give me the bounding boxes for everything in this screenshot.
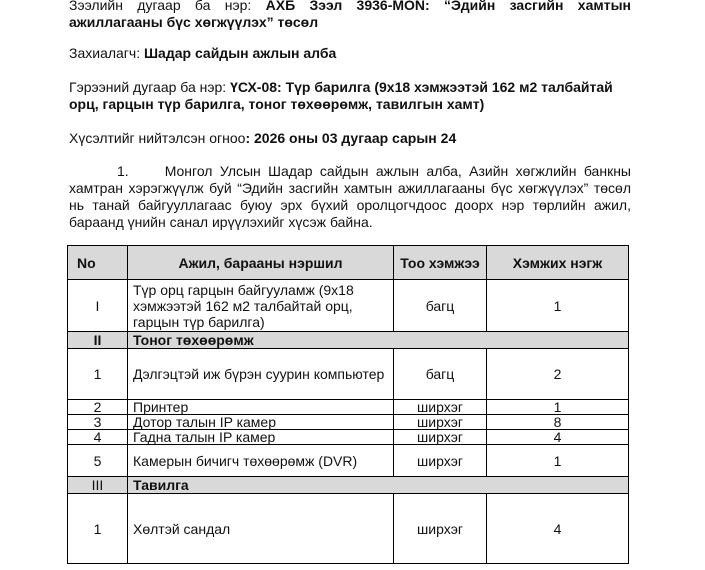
section-row: III Тавилга [68,477,629,494]
loan-info: Зээлийн дугаар ба нэр: АХБ Зээл 3936-MON… [69,0,631,31]
header-qty: Тоо хэмжээ [394,246,487,280]
items-table: No Ажил, барааны нэршил Тоо хэмжээ Хэмжи… [67,245,629,564]
client-label: Захиалагч: [69,45,140,61]
row-qty: ширхэг [394,445,487,477]
row-qty: ширхэг [394,494,487,564]
row-no: 2 [68,400,128,415]
header-name: Ажил, барааны нэршил [128,246,394,280]
table-row: I Түр орц гарцын байгууламж (9х18 хэмжээ… [68,280,629,332]
table-row: 1 Дэлгэцтэй иж бүрэн суурин компьютер ба… [68,349,629,400]
row-name: Принтер [128,400,394,415]
table-row: 1 Хөлтэй сандал ширхэг 4 [68,494,629,564]
table-row: 4 Гадна талын IP камер ширхэг 4 [68,430,629,445]
row-no: 5 [68,445,128,477]
row-qty: багц [394,349,487,400]
contract-label: Гэрээний дугаар ба нэр: [69,79,226,95]
row-name: Түр орц гарцын байгууламж (9х18 хэмжээтэ… [128,280,394,332]
row-name: Дэлгэцтэй иж бүрэн суурин компьютер [128,349,394,400]
issue-date-value: : 2026 оны 03 дугаар сарын 24 [245,130,456,146]
body-paragraph: 1.Монгол Улсын Шадар сайдын ажлын алба, … [69,163,631,231]
table-header-row: No Ажил, барааны нэршил Тоо хэмжээ Хэмжи… [68,246,629,280]
row-unit: 2 [487,349,629,400]
row-no: 3 [68,415,128,430]
row-qty: багц [394,280,487,332]
row-no: 1 [68,494,128,564]
section-title: Тавилга [128,477,629,494]
row-unit: 1 [487,400,629,415]
row-unit: 8 [487,415,629,430]
issue-date-info: Хүсэлтийг нийтэлсэн огноо: 2026 оны 03 д… [69,130,631,147]
section-no: III [68,477,128,494]
issue-date-label: Хүсэлтийг нийтэлсэн огноо [69,130,245,146]
row-no: 4 [68,430,128,445]
header-no: No [68,246,128,280]
header-unit: Хэмжих нэгж [487,246,629,280]
row-name: Камерын бичигч төхөөрөмж (DVR) [128,445,394,477]
row-name: Хөлтэй сандал [128,494,394,564]
row-unit: 4 [487,430,629,445]
table-row: 5 Камерын бичигч төхөөрөмж (DVR) ширхэг … [68,445,629,477]
client-info: Захиалагч: Шадар сайдын ажлын алба [69,45,631,62]
row-name: Гадна талын IP камер [128,430,394,445]
row-unit: 4 [487,494,629,564]
row-no: I [68,280,128,332]
row-no: 1 [68,349,128,400]
table-row: 3 Дотор талын IP камер ширхэг 8 [68,415,629,430]
row-qty: ширхэг [394,430,487,445]
row-unit: 1 [487,445,629,477]
row-qty: ширхэг [394,400,487,415]
paragraph-text: Монгол Улсын Шадар сайдын ажлын алба, Аз… [69,163,631,230]
item-number: 1. [117,163,129,179]
contract-info: Гэрээний дугаар ба нэр: ҮСХ-08: Түр бари… [69,79,631,113]
section-title: Тоног төхөөрөмж [128,332,629,349]
section-row: II Тоног төхөөрөмж [68,332,629,349]
loan-label: Зээлийн дугаар ба нэр: [69,0,251,13]
row-name: Дотор талын IP камер [128,415,394,430]
row-unit: 1 [487,280,629,332]
table-row: 2 Принтер ширхэг 1 [68,400,629,415]
client-value: Шадар сайдын ажлын алба [144,45,336,61]
row-qty: ширхэг [394,415,487,430]
section-no: II [68,332,128,349]
